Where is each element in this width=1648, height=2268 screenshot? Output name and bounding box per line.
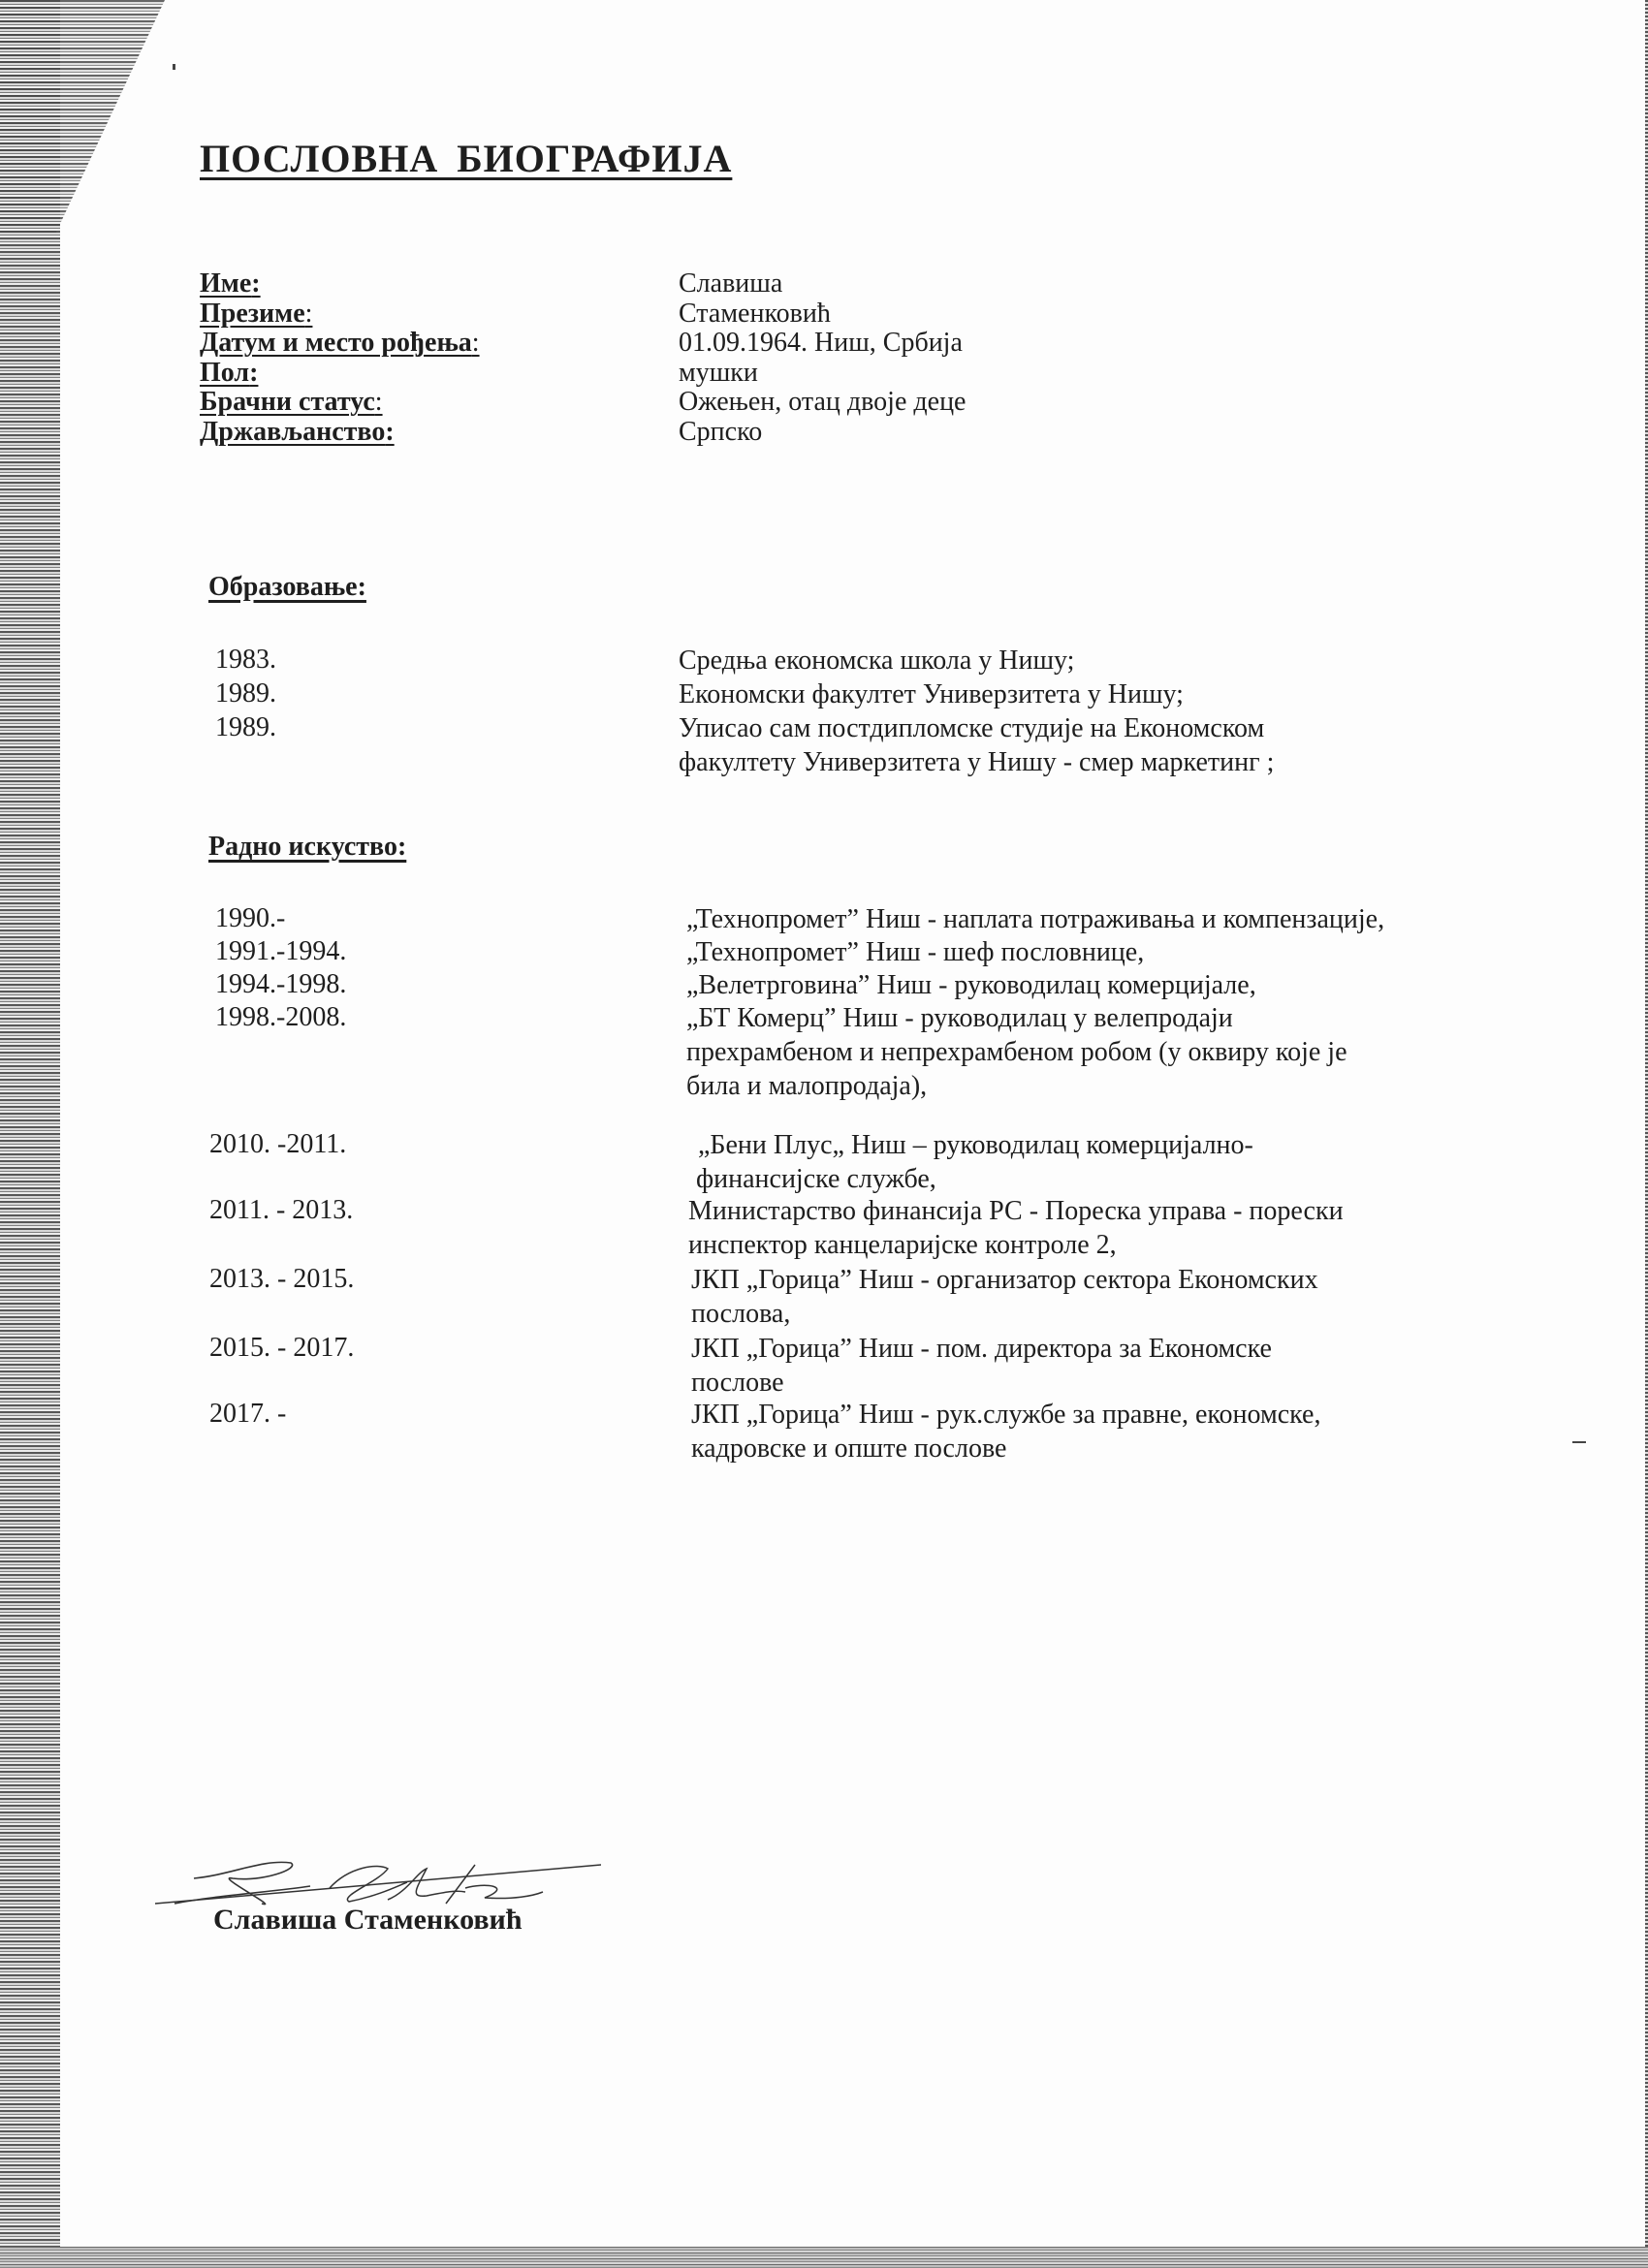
field-label: Презиме: xyxy=(200,299,312,330)
field-label-text: Презиме xyxy=(200,299,305,329)
field-label: Пол: xyxy=(200,358,258,389)
signature-name: Славиша Стаменковић xyxy=(213,1904,523,1937)
experience-years: 1990.- xyxy=(215,903,285,934)
education-year: 1989. xyxy=(215,678,276,709)
field-label-colon: : xyxy=(472,328,480,358)
field-label-text: Датум и место рођења xyxy=(200,328,472,358)
experience-years: 1998.-2008. xyxy=(215,1002,346,1033)
field-label: Датум и место рођења: xyxy=(200,328,480,359)
experience-description: послове xyxy=(691,1367,1564,1399)
education-year: 1989. xyxy=(215,712,276,743)
field-label-colon: : xyxy=(305,299,313,329)
experience-description: била и малопродаја), xyxy=(686,1070,1559,1102)
scan-speck xyxy=(1572,1441,1586,1443)
experience-description: „Технопромет” Ниш - наплата потраживања … xyxy=(686,903,1559,935)
field-label-text: Име xyxy=(200,268,251,299)
experience-description: послова, xyxy=(691,1298,1564,1330)
document-title: ПОСЛОВНА БИОГРАФИЈА xyxy=(200,136,732,181)
field-label-colon: : xyxy=(249,358,258,388)
education-description: Уписао сам постдипломске студије на Екон… xyxy=(679,712,1551,744)
field-label-colon: : xyxy=(375,387,383,417)
field-label: Име: xyxy=(200,268,261,299)
experience-years: 2017. - xyxy=(209,1399,286,1430)
field-label: Брачни статус: xyxy=(200,387,383,418)
scan-speck xyxy=(173,64,175,70)
field-label-colon: : xyxy=(385,417,394,447)
education-description: Економски факултет Универзитета у Нишу; xyxy=(679,678,1551,710)
experience-years: 2015. - 2017. xyxy=(209,1333,354,1364)
experience-description: „Бени Плус„ Ниш – руководилац комерцијал… xyxy=(698,1129,1570,1161)
experience-description: Министарство финансија РС - Пореска упра… xyxy=(688,1195,1561,1227)
field-value: Српско xyxy=(679,417,762,448)
field-label-text: Брачни статус xyxy=(200,387,375,417)
experience-years: 2011. - 2013. xyxy=(209,1195,353,1226)
experience-description: ЈКП „Горица” Ниш - организатор сектора Е… xyxy=(691,1264,1564,1296)
experience-years: 1994.-1998. xyxy=(215,969,346,1000)
experience-description: „Технопромет” Ниш - шеф пословнице, xyxy=(686,936,1559,968)
experience-years: 2013. - 2015. xyxy=(209,1264,354,1295)
field-value: Стаменковић xyxy=(679,299,831,330)
experience-description: ЈКП „Горица” Ниш - рук.службе за правне,… xyxy=(691,1399,1564,1431)
experience-description: „БТ Комерц” Ниш - руководилац у велепрод… xyxy=(686,1002,1559,1034)
field-label: Држављанство: xyxy=(200,417,395,448)
field-value: мушки xyxy=(679,358,758,389)
field-value: Славиша xyxy=(679,268,782,299)
experience-description: финансијске службе, xyxy=(696,1163,1569,1195)
experience-years: 2010. -2011. xyxy=(209,1129,346,1160)
field-label-text: Држављанство xyxy=(200,417,385,447)
field-label-text: Пол xyxy=(200,358,249,388)
field-value: Ожењен, отац двоје деце xyxy=(679,387,966,418)
document-page: ПОСЛОВНА БИОГРАФИЈА Име:СлавишаПрезиме:С… xyxy=(0,0,1648,2268)
experience-description: ЈКП „Горица” Ниш - пом. директора за Еко… xyxy=(691,1333,1564,1365)
experience-years: 1991.-1994. xyxy=(215,936,346,967)
experience-description: инспектор канцеларијске контроле 2, xyxy=(688,1229,1561,1261)
education-year: 1983. xyxy=(215,645,276,676)
education-description: факултету Универзитета у Нишу - смер мар… xyxy=(679,746,1551,778)
experience-description: „Велетрговина” Ниш - руководилац комерци… xyxy=(686,969,1559,1001)
experience-heading: Радно искуство: xyxy=(208,832,406,863)
experience-description: прехрамбеном и непрехрамбеном робом (у о… xyxy=(686,1036,1559,1068)
education-description: Средња економска школа у Нишу; xyxy=(679,645,1551,677)
field-label-colon: : xyxy=(251,268,260,299)
field-value: 01.09.1964. Ниш, Србија xyxy=(679,328,963,359)
signature-scribble xyxy=(155,1853,601,1911)
education-heading: Образовање: xyxy=(208,572,366,603)
experience-description: кадровске и опште послове xyxy=(691,1433,1564,1465)
